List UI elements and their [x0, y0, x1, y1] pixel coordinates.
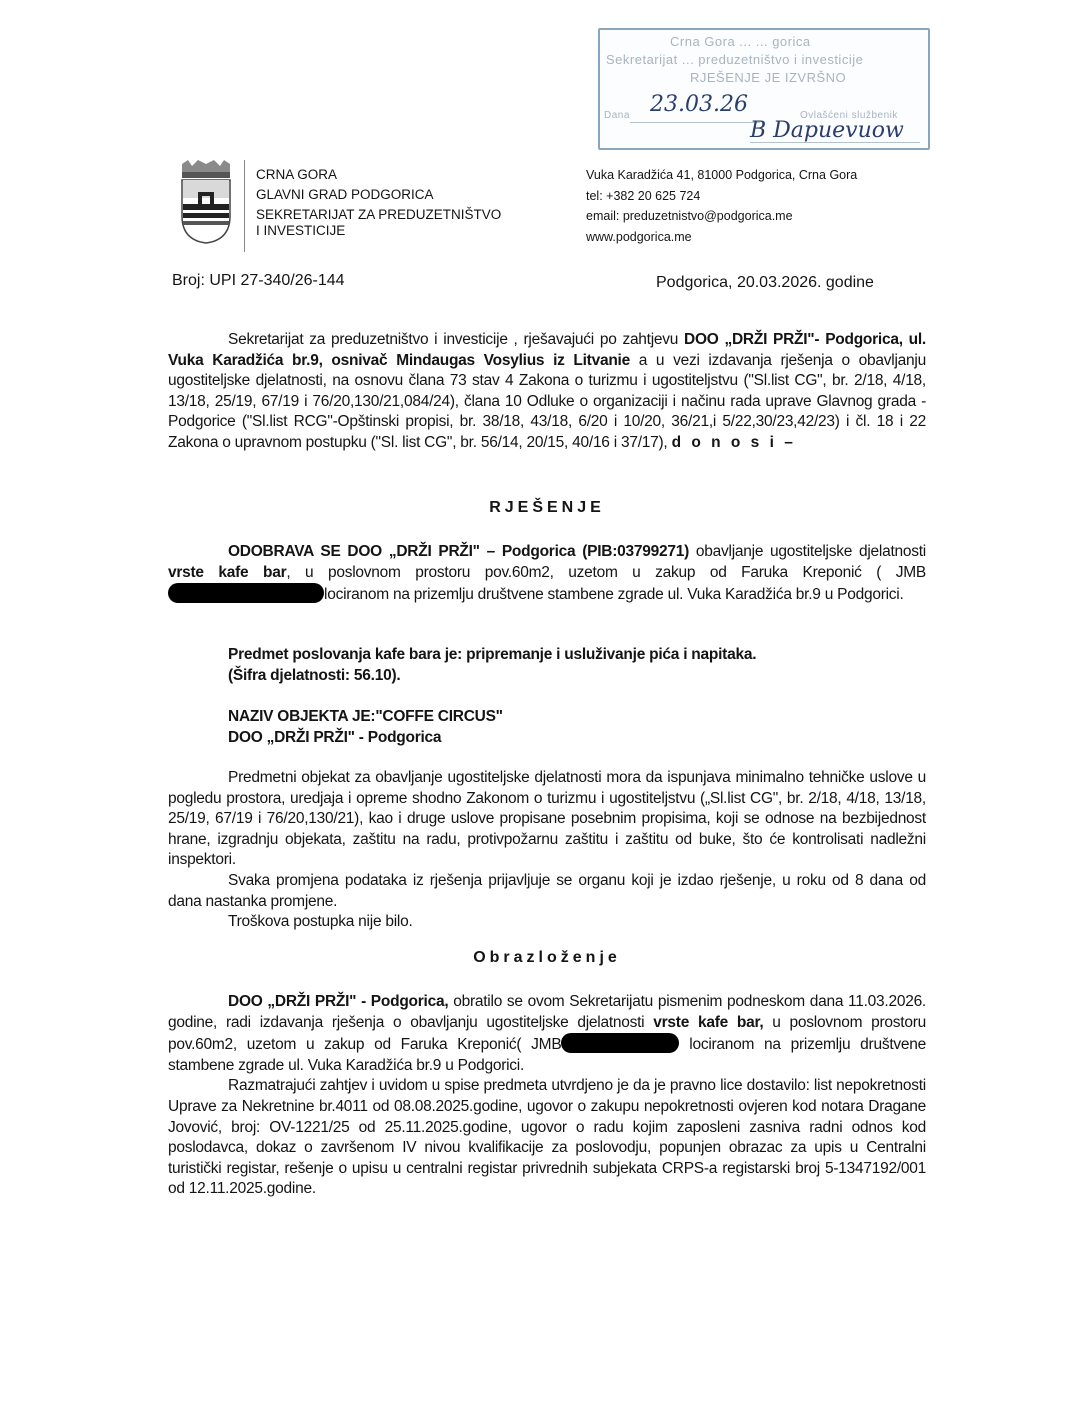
- activity-code: (Šifra djelatnosti: 56.10).: [228, 666, 928, 687]
- applicant-name: DOO „DRŽI PRŽI" - Podgorica,: [228, 993, 448, 1010]
- stamp-handwritten-date: 23.03.26: [650, 92, 748, 117]
- decision-paragraph: ODOBRAVA SE DOO „DRŽI PRŽI" – Podgorica …: [168, 542, 926, 606]
- conditions-block: Predmetni objekat za obavljanje ugostite…: [168, 768, 926, 933]
- approval-statement: ODOBRAVA SE DOO „DRŽI PRŽI" – Podgorica …: [228, 543, 689, 560]
- podgorica-coat-of-arms-icon: [178, 160, 234, 244]
- stamp-date-label: Dana: [604, 110, 630, 121]
- reasoning-heading: Obrazloženje: [168, 948, 926, 969]
- business-subject-line: Predmet poslovanja kafe bara je: priprem…: [228, 645, 928, 666]
- redacted-jmb: [168, 583, 324, 603]
- stamp-line-status: RJEŠENJE JE IZVRŠNO: [690, 70, 846, 85]
- letterhead-city: GLAVNI GRAD PODGORICA: [256, 185, 501, 205]
- preamble-intro: Sekretarijat za preduzetništvo i investi…: [228, 331, 684, 348]
- conditions-paragraph: Predmetni objekat za obavljanje ugostite…: [168, 768, 926, 871]
- stamp-signature: B Dapuevuow: [750, 118, 904, 143]
- letterhead-country: CRNA GORA: [256, 165, 501, 185]
- contact-website: www.podgorica.me: [586, 227, 857, 248]
- object-owner-line: DOO „DRŽI PRŽI" - Podgorica: [228, 728, 928, 749]
- decision-text-3: lociranom na prizemlju društvene stamben…: [324, 586, 904, 603]
- reasoning-block: DOO „DRŽI PRŽI" - Podgorica, obratilo se…: [168, 992, 926, 1200]
- decision-text-1: obavljanje ugostiteljske djelatnosti: [689, 543, 926, 560]
- letterhead: CRNA GORA GLAVNI GRAD PODGORICA SEKRETAR…: [256, 165, 501, 241]
- contact-phone: tel: +382 20 625 724: [586, 186, 857, 207]
- object-name: NAZIV OBJEKTA JE:"COFFE CIRCUS" DOO „DRŽ…: [228, 707, 928, 748]
- preamble: Sekretarijat za preduzetništvo i investi…: [168, 330, 926, 454]
- executed-decision-stamp: Crna Gora ... ... gorica Sekretarijat ..…: [598, 28, 930, 150]
- reasoning-business-type: vrste kafe bar,: [653, 1014, 763, 1031]
- stamp-line-authority: Crna Gora ... ... gorica: [670, 34, 811, 49]
- contact-block: Vuka Karadžića 41, 81000 Podgorica, Crna…: [586, 165, 857, 247]
- costs-paragraph: Troškova postupka nije bilo.: [168, 912, 926, 933]
- contact-email: email: preduzetnistvo@podgorica.me: [586, 206, 857, 227]
- letterhead-divider: [244, 160, 245, 252]
- change-notice-paragraph: Svaka promjena podataka iz rješenja prij…: [168, 871, 926, 912]
- contact-address: Vuka Karadžića 41, 81000 Podgorica, Crna…: [586, 165, 857, 186]
- donosi-keyword: d o n o s i –: [672, 434, 796, 451]
- decision-heading: RJEŠENJE: [168, 498, 926, 519]
- object-name-line: NAZIV OBJEKTA JE:"COFFE CIRCUS": [228, 707, 928, 728]
- business-subject: Predmet poslovanja kafe bara je: priprem…: [228, 645, 928, 686]
- documents-submitted-paragraph: Razmatrajući zahtjev i uvidom u spise pr…: [168, 1076, 926, 1200]
- decision-text-2: , u poslovnom prostoru pov.60m2, uzetom …: [286, 564, 926, 581]
- business-type: vrste kafe bar: [168, 564, 286, 581]
- document-date: Podgorica, 20.03.2026. godine: [656, 274, 874, 292]
- document-number: Broj: UPI 27-340/26-144: [172, 272, 345, 290]
- stamp-line-secretariat: Sekretarijat ... preduzetništvo i invest…: [606, 52, 863, 67]
- redacted-jmb-2: [561, 1033, 679, 1053]
